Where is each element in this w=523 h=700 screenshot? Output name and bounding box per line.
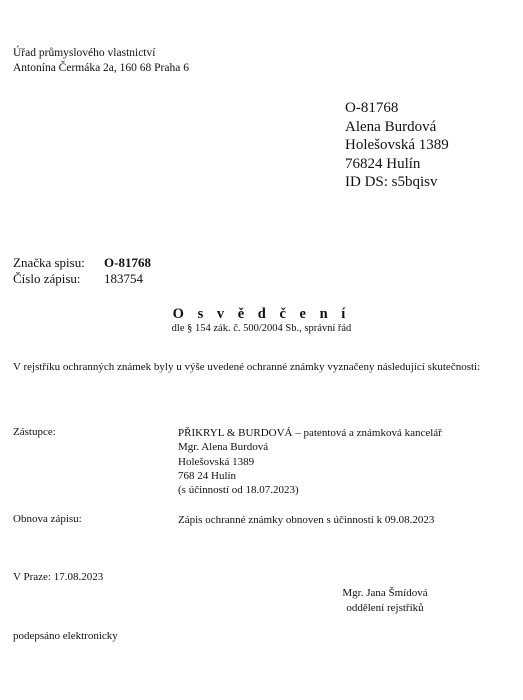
recipient-line: Holešovská 1389 (345, 136, 449, 155)
document-title: O s v ě d č e n í (0, 306, 523, 323)
recipient-line: ID DS: s5bqisv (345, 173, 438, 192)
recipient-line: Alena Burdová (345, 118, 436, 137)
signatory-department: oddělení rejstříků (325, 601, 445, 616)
sender-address: Antonína Čermáka 2a, 160 68 Praha 6 (13, 61, 189, 75)
entry-number-value: 183754 (104, 271, 143, 287)
file-number-label: Značka spisu: (13, 255, 85, 271)
fact-label: Obnova zápisu: (13, 513, 82, 525)
sender-office: Úřad průmyslového vlastnictví (13, 46, 155, 60)
fact-value-line: (s účinností od 18.07.2023) (178, 483, 299, 497)
fact-value-line: Zápis ochranné známky obnoven s účinnost… (178, 513, 434, 527)
electronic-signature-note: podepsáno elektronicky (13, 630, 118, 642)
place-date: V Praze: 17.08.2023 (13, 571, 103, 583)
entry-number-label: Číslo zápisu: (13, 271, 81, 287)
file-number-value: O-81768 (104, 255, 151, 271)
document-subtitle: dle § 154 zák. č. 500/2004 Sb., správní … (0, 323, 523, 334)
recipient-line: O-81768 (345, 99, 398, 118)
fact-value-line: Mgr. Alena Burdová (178, 440, 268, 454)
fact-value-line: Holešovská 1389 (178, 455, 254, 469)
fact-value-line: PŘIKRYL & BURDOVÁ – patentová a známková… (178, 426, 442, 440)
intro-paragraph: V rejstříku ochranných známek byly u výš… (13, 361, 480, 373)
signatory-name: Mgr. Jana Šmídová (325, 586, 445, 601)
recipient-line: 76824 Hulín (345, 155, 420, 174)
fact-value-line: 768 24 Hulín (178, 469, 236, 483)
fact-label: Zástupce: (13, 426, 56, 438)
